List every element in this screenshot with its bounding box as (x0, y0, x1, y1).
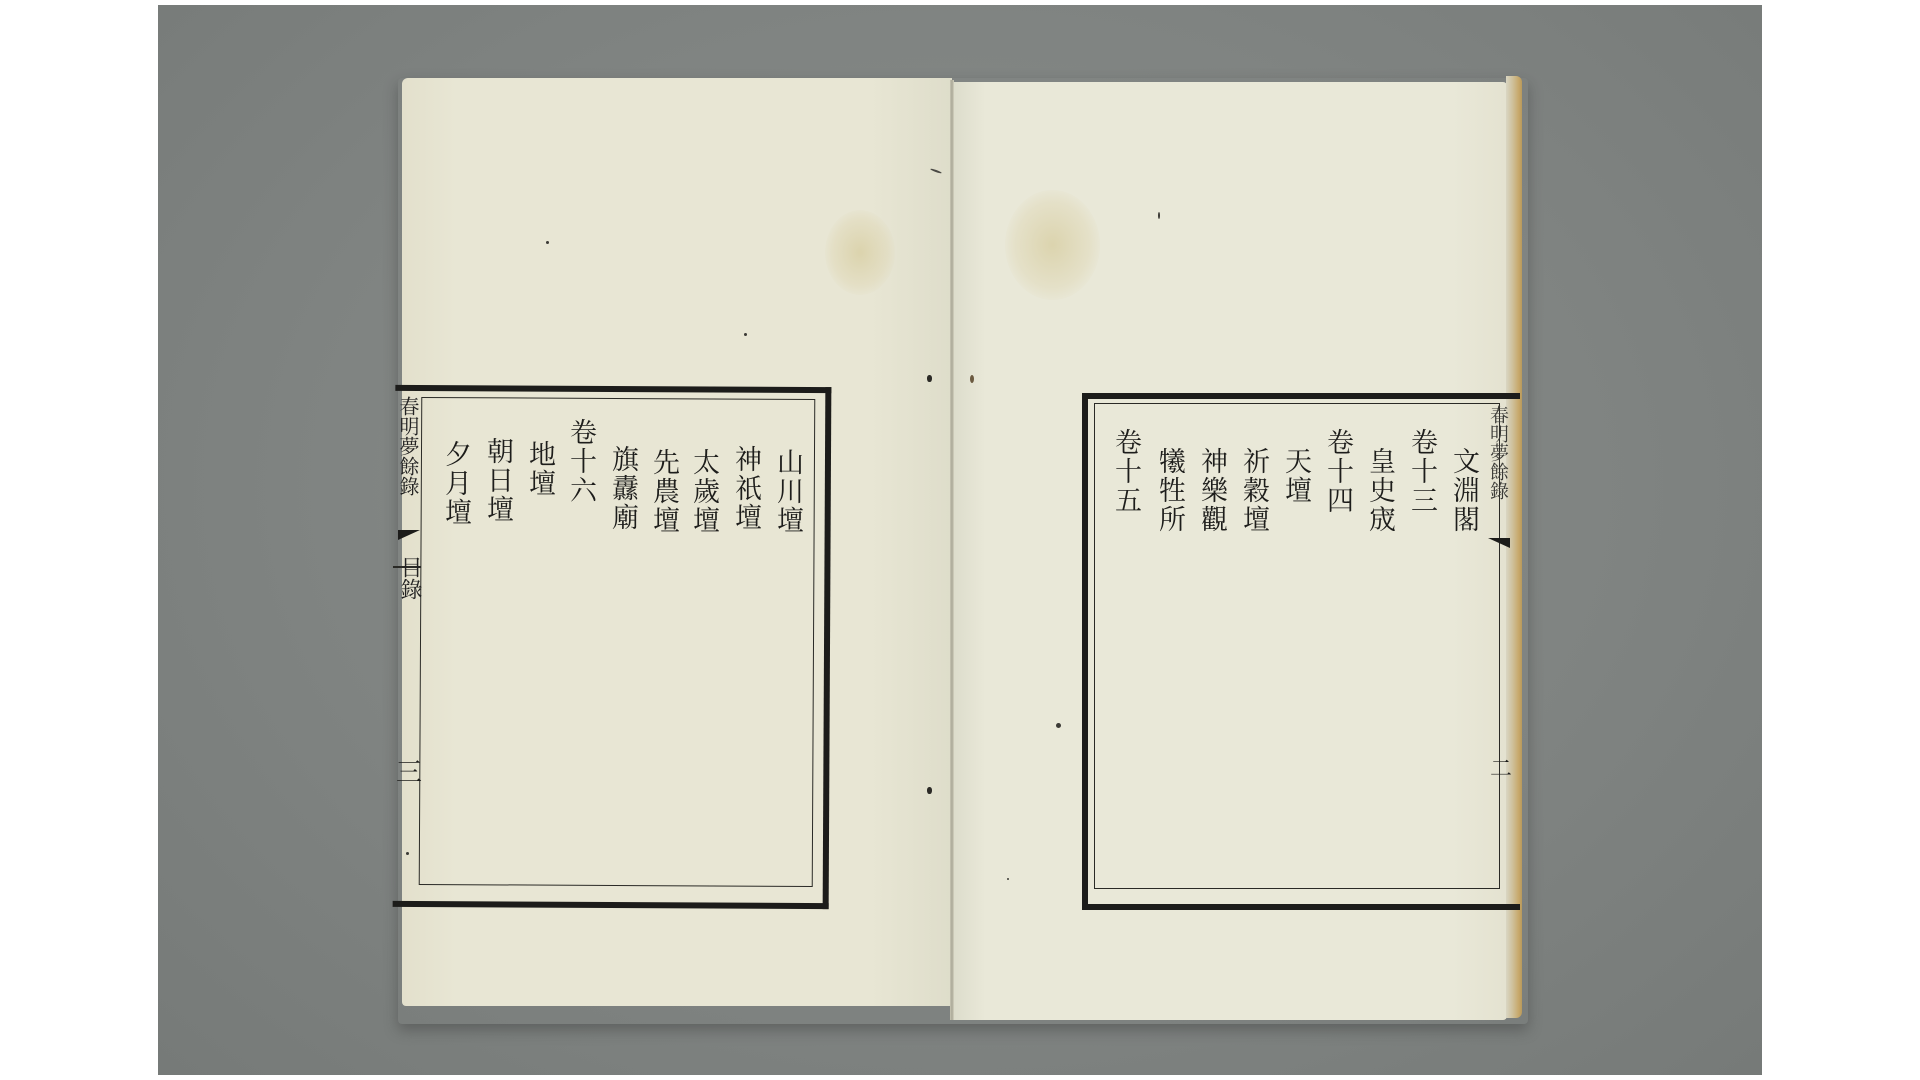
toc-entry: 太歲壇 (690, 448, 717, 535)
toc-entry: 先農壇 (650, 448, 677, 535)
left-page-number: 三 (396, 752, 422, 789)
toc-entry: 地壇 (526, 440, 553, 498)
toc-entry: 夕月壇 (442, 440, 469, 527)
paper-speck (1158, 212, 1160, 219)
right-fishtail-mark (1488, 538, 1510, 548)
volume-heading: 卷十六 (567, 418, 594, 505)
toc-entry: 山川壇 (774, 448, 801, 535)
toc-entry: 文淵閣 (1450, 447, 1477, 534)
binding-mark (970, 375, 974, 383)
book-gutter (950, 80, 954, 1020)
right-margin-title: 春明夢餘錄 (1488, 405, 1507, 500)
paper-stain (1005, 190, 1100, 300)
left-margin-title: 春明夢餘錄 (398, 396, 418, 496)
toc-entry: 天壇 (1282, 447, 1309, 505)
toc-entry: 犧牲所 (1156, 447, 1183, 534)
toc-entry: 神祇壇 (732, 445, 759, 532)
toc-entry: 祈穀壇 (1240, 447, 1267, 534)
left-margin-section: 目錄 (398, 556, 420, 600)
left-fishtail-mark (398, 530, 420, 540)
paper-speck (744, 333, 747, 336)
volume-heading: 卷十五 (1112, 428, 1139, 515)
toc-entry: 神樂觀 (1198, 447, 1225, 534)
binding-hole (927, 375, 932, 382)
toc-entry: 皇史宬 (1366, 447, 1393, 534)
binding-hole (927, 787, 932, 794)
volume-heading: 卷十四 (1324, 428, 1351, 515)
toc-entry: 旗纛廟 (609, 445, 636, 532)
paper-speck (1056, 723, 1061, 728)
toc-entry: 朝日壇 (484, 437, 511, 524)
volume-heading: 卷十三 (1408, 428, 1435, 515)
paper-stain (825, 210, 895, 295)
paper-speck (546, 241, 549, 244)
right-page-number: 二 (1490, 752, 1512, 783)
paper-speck (1007, 878, 1009, 880)
